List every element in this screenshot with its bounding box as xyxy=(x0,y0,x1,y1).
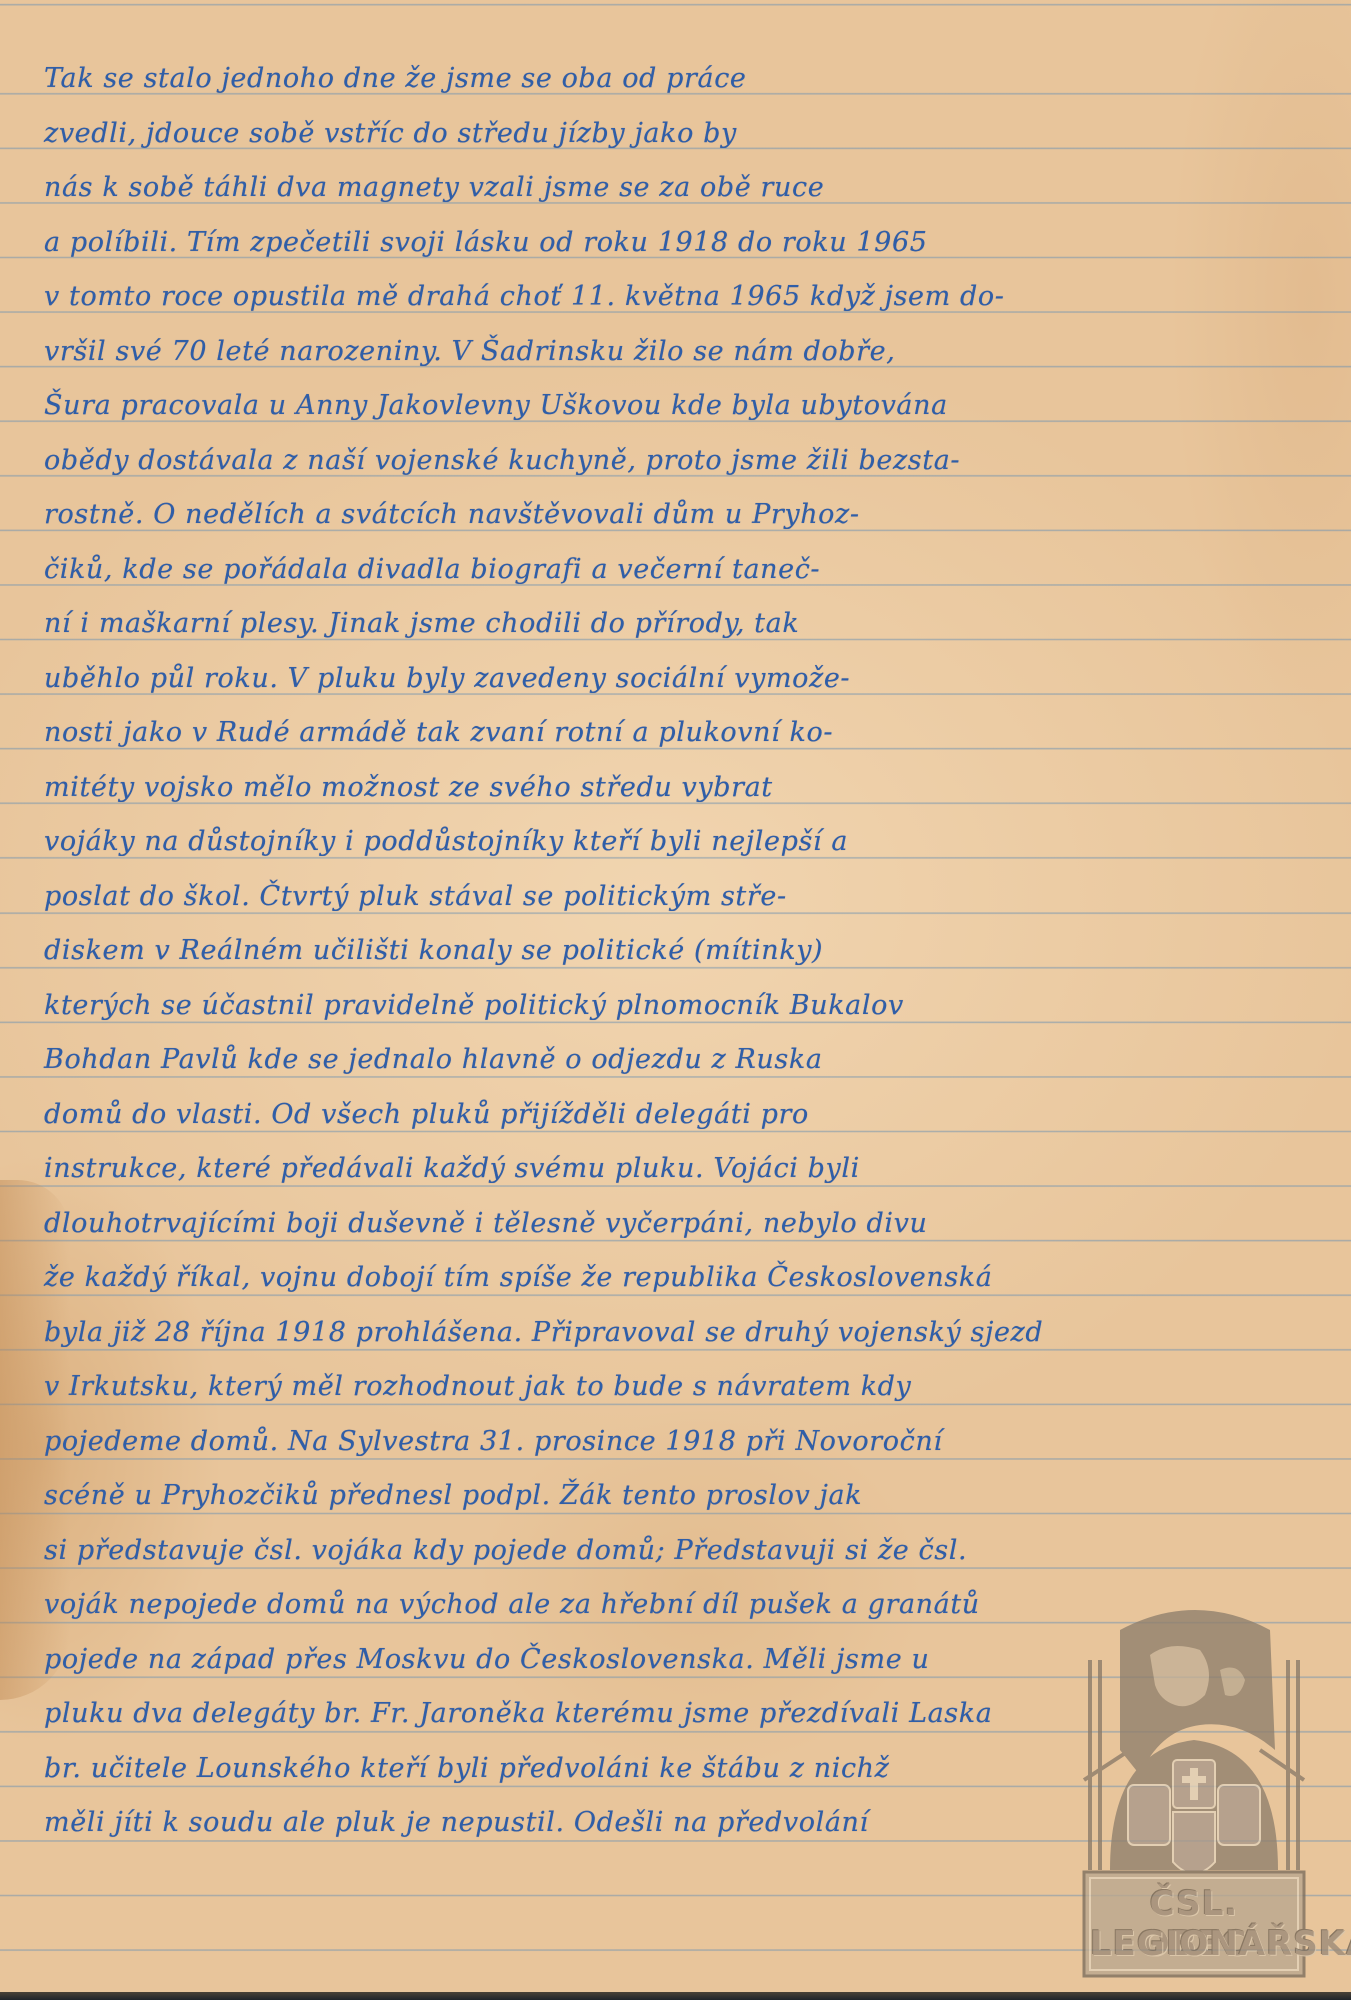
text-line: byla již 28 října 1918 prohlášena. Připr… xyxy=(44,1306,1314,1361)
text-line: a políbili. Tím zpečetili svoji lásku od… xyxy=(44,216,1314,271)
text-line: si představuje čsl. vojáka kdy pojede do… xyxy=(44,1524,1314,1579)
text-line: vojáky na důstojníky i poddůstojníky kte… xyxy=(44,815,1314,870)
scan-bottom-edge xyxy=(0,1992,1351,2000)
text-line: Bohdan Pavlů kde se jednalo hlavně o odj… xyxy=(44,1033,1314,1088)
watermark-text-line2: LEGIONÁŘSKÁ xyxy=(1090,1924,1298,1964)
text-line: nás k sobě táhli dva magnety vzali jsme … xyxy=(44,161,1314,216)
text-line: v Irkutsku, který měl rozhodnout jak to … xyxy=(44,1360,1314,1415)
text-line: Tak se stalo jednoho dne že jsme se oba … xyxy=(44,52,1314,107)
text-line: Šura pracovala u Anny Jakovlevny Uškovou… xyxy=(44,379,1314,434)
text-line: diskem v Reálném učilišti konaly se poli… xyxy=(44,924,1314,979)
legion-watermark-logo: ČSL. OBEC LEGIONÁŘSKÁ xyxy=(1080,1600,1308,1980)
text-line: nosti jako v Rudé armádě tak zvaní rotní… xyxy=(44,706,1314,761)
text-line: mitéty vojsko mělo možnost ze svého stře… xyxy=(44,761,1314,816)
text-line: uběhlo půl roku. V pluku byly zavedeny s… xyxy=(44,652,1314,707)
text-line: dlouhotrvajícími boji duševně i tělesně … xyxy=(44,1197,1314,1252)
text-line: pojedeme domů. Na Sylvestra 31. prosince… xyxy=(44,1415,1314,1470)
handwritten-text: Tak se stalo jednoho dne že jsme se oba … xyxy=(44,52,1314,1851)
text-line: instrukce, které předávali každý svému p… xyxy=(44,1142,1314,1197)
text-line: v tomto roce opustila mě drahá choť 11. … xyxy=(44,270,1314,325)
text-line: ní i maškarní plesy. Jinak jsme chodili … xyxy=(44,597,1314,652)
letter-page: Tak se stalo jednoho dne že jsme se oba … xyxy=(0,0,1351,2000)
text-line: zvedli, jdouce sobě vstříc do středu jíz… xyxy=(44,107,1314,162)
text-line: obědy dostávala z naší vojenské kuchyně,… xyxy=(44,434,1314,489)
text-line: poslat do škol. Čtvrtý pluk stával se po… xyxy=(44,870,1314,925)
text-line: čiků, kde se pořádala divadla biografi a… xyxy=(44,543,1314,598)
text-line: vršil své 70 leté narozeniny. V Šadrinsk… xyxy=(44,325,1314,380)
text-line: rostně. O nedělích a svátcích navštěvova… xyxy=(44,488,1314,543)
text-line: že každý říkal, vojnu dobojí tím spíše ž… xyxy=(44,1251,1314,1306)
text-line: domů do vlasti. Od všech pluků přijížděl… xyxy=(44,1088,1314,1143)
text-line: scéně u Pryhozčiků přednesl podpl. Žák t… xyxy=(44,1469,1314,1524)
text-line: kterých se účastnil pravidelně politický… xyxy=(44,979,1314,1034)
